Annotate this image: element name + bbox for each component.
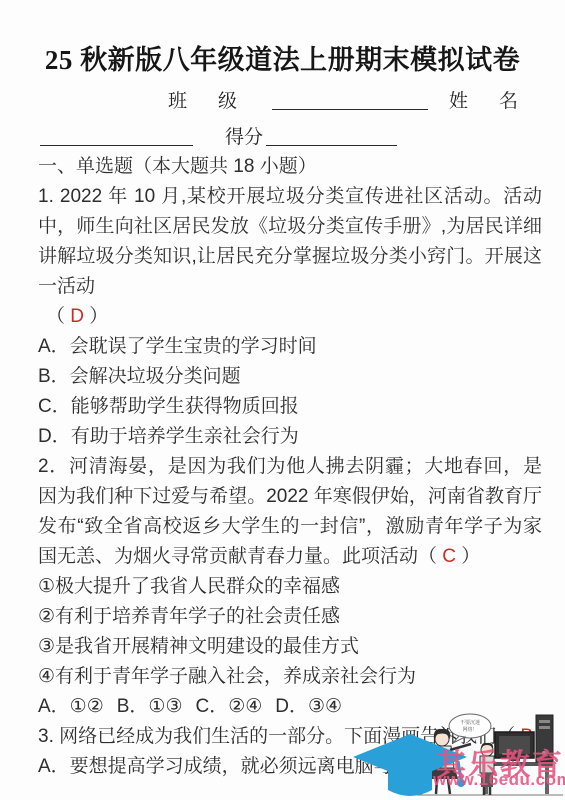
open-paren: （ <box>418 546 442 567</box>
exam-body: 一、单选题（本大题共 18 小题） 1. 2022 年 10 月,某校开展垃圾分… <box>38 152 542 782</box>
question-2-statement-4: ④有利于青年学子融入社会，养成亲社会行为 <box>38 662 542 692</box>
question-1-stem: 1. 2022 年 10 月,某校开展垃圾分类宣传进社区活动。活动中，师生向社区… <box>38 182 542 302</box>
watermark-url: www.16edu.com <box>433 770 565 790</box>
score-field-label: 得分 <box>225 122 263 149</box>
question-2-statement-1: ①极大提升了我省人民群众的幸福感 <box>38 572 542 602</box>
question-1-answer-line: （ D ） <box>38 302 542 332</box>
question-2-choice-a: A．①② <box>38 696 104 717</box>
question-2-choice-d: D．③④ <box>275 696 342 717</box>
question-1-option-a: A．会耽误了学生宝贵的学习时间 <box>38 332 542 362</box>
question-2-stem: 2．河清海晏，是因为我们为他人拂去阴霾；大地春回，是因为我们种下过爱与希望。20… <box>38 452 542 572</box>
question-2-choice-c: C．②④ <box>196 696 263 717</box>
close-paren: ） <box>84 306 108 327</box>
section-heading: 一、单选题（本大题共 18 小题） <box>38 152 542 182</box>
speech-bubble-line1: 不要沉迷 <box>460 719 480 726</box>
class-blank-line <box>272 109 428 110</box>
question-2-statement-3: ③是我省开展精神文明建设的最佳方式 <box>38 632 542 662</box>
name-field-label: 姓 名 <box>449 86 524 113</box>
question-2-statement-2: ②有利于培养青年学子的社会责任感 <box>38 602 542 632</box>
score-blank-line <box>266 145 397 146</box>
question-1-option-d: D．有助于培养学生亲社会行为 <box>38 422 542 452</box>
class-field-label: 班 级 <box>168 86 243 113</box>
question-2-answer: C <box>442 546 456 567</box>
open-paren: （ <box>46 306 70 327</box>
question-1-option-b: B．会解决垃圾分类问题 <box>38 362 542 392</box>
question-1-option-c: C．能够帮助学生获得物质回报 <box>38 392 542 422</box>
name-blank-line <box>40 145 193 146</box>
close-paren: ） <box>456 546 480 567</box>
question-2-choice-b: B．①③ <box>117 696 183 717</box>
page-title: 25 秋新版八年级道法上册期末模拟试卷 <box>0 38 565 77</box>
exam-page: 25 秋新版八年级道法上册期末模拟试卷 班 级 姓 名 得分 一、单选题（本大题… <box>0 0 565 800</box>
question-1-answer: D <box>70 306 84 327</box>
